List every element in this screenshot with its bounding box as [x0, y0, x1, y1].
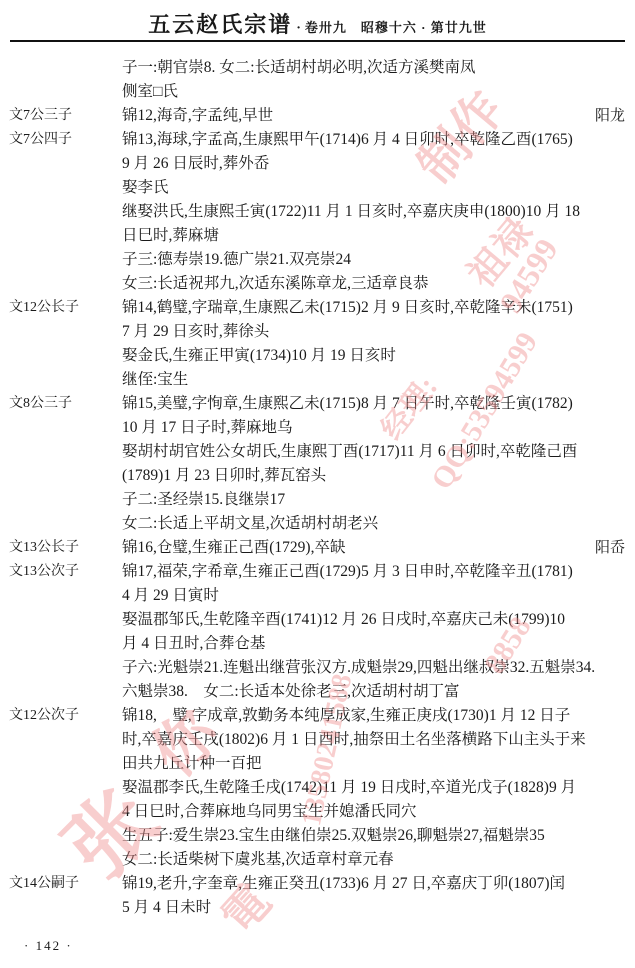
- entry-text: 锦13,海球,字孟高,生康熙甲午(1714)6 月 4 日卯时,卒乾隆乙酉(17…: [122, 128, 583, 176]
- entry-text: 子三:德寿崇19.德广崇21.双亮崇24: [122, 248, 583, 272]
- entry-line: 继娶洪氏,生康熙壬寅(1722)11 月 1 日亥时,卒嘉庆庚申(1800)10…: [122, 200, 583, 224]
- entry-row: 女二:长适上平胡文星,次适胡村胡老兴: [0, 512, 635, 536]
- entry-text: 女二:长适上平胡文星,次适胡村胡老兴: [122, 512, 583, 536]
- entry-line: 娶李氏: [122, 176, 583, 200]
- entry-text: 锦12,海奇,字孟纯,早世: [122, 104, 583, 128]
- entry-row: 侧室□氏: [0, 80, 635, 104]
- entry-line: 5 月 4 日未时: [122, 896, 583, 920]
- header-rule: [10, 40, 625, 42]
- entry-right-note: 阳龙: [583, 104, 635, 128]
- entry-line: 女三:长适祝邦九,次适东溪陈章龙,三适章良恭: [122, 272, 583, 296]
- entry-line: 9 月 26 日辰时,葬外岙: [122, 152, 583, 176]
- entry-line: 侧室□氏: [122, 80, 583, 104]
- entry-row: 娶温郡邹氏,生乾隆辛酉(1741)12 月 26 日戌时,卒嘉庆己未(1799)…: [0, 608, 635, 656]
- entry-text: 娶温郡邹氏,生乾隆辛酉(1741)12 月 26 日戌时,卒嘉庆己未(1799)…: [122, 608, 583, 656]
- entry-text: 锦18, 璧,字成章,敦勤务本纯厚成家,生雍正庚戌(1730)1 月 12 日子…: [122, 704, 583, 776]
- entry-text: 娶胡村胡官姓公女胡氏,生康熙丁酉(1717)11 月 6 日卯时,卒乾隆己酉(1…: [122, 440, 583, 488]
- entry-line: 娶金氏,生雍正甲寅(1734)10 月 19 日亥时: [122, 344, 583, 368]
- entry-row: 子二:圣经崇15.良继崇17: [0, 488, 635, 512]
- entry-row: 文13公长子锦16,仓璧,生雍正己酉(1729),卒缺阳岙: [0, 536, 635, 560]
- entry-line: 锦14,鹤璧,字瑞章,生康熙乙未(1715)2 月 9 日亥时,卒乾隆辛未(17…: [122, 296, 583, 320]
- entry-row: 文13公次子锦17,福荣,字希章,生雍正己酉(1729)5 月 3 日申时,卒乾…: [0, 560, 635, 608]
- entry-line: 生五子:爱生崇23.宝生由继伯崇25.双魁崇26,聊魁崇27,福魁崇35: [122, 824, 583, 848]
- entry-row: 文14公嗣子锦19,老升,字奎章,生雍正癸丑(1733)6 月 27 日,卒嘉庆…: [0, 872, 635, 920]
- entry-text: 娶温郡李氏,生乾隆壬戌(1742)11 月 19 日戌时,卒道光戊子(1828)…: [122, 776, 583, 824]
- entry-text: 侧室□氏: [122, 80, 583, 104]
- entry-line: 日巳时,葬麻塘: [122, 224, 583, 248]
- entry-generation-label: 文12公长子: [0, 296, 122, 320]
- entry-line: 4 日巳时,合葬麻地乌同男宝生并媳潘氏同穴: [122, 800, 583, 824]
- entry-generation-label: 文13公长子: [0, 536, 122, 560]
- entry-text: 继娶洪氏,生康熙壬寅(1722)11 月 1 日亥时,卒嘉庆庚申(1800)10…: [122, 200, 583, 248]
- entry-generation-label: 文13公次子: [0, 560, 122, 584]
- entry-row: 娶金氏,生雍正甲寅(1734)10 月 19 日亥时: [0, 344, 635, 368]
- entry-line: (1789)1 月 23 日卯时,葬瓦窑头: [122, 464, 583, 488]
- entry-row: 子一:朝官崇8. 女二:长适胡村胡必明,次适方溪樊南凤: [0, 56, 635, 80]
- entry-line: 子一:朝官崇8. 女二:长适胡村胡必明,次适方溪樊南凤: [122, 56, 583, 80]
- entry-line: 锦19,老升,字奎章,生雍正癸丑(1733)6 月 27 日,卒嘉庆丁卯(180…: [122, 872, 583, 896]
- entry-row: 娶胡村胡官姓公女胡氏,生康熙丁酉(1717)11 月 6 日卯时,卒乾隆己酉(1…: [0, 440, 635, 488]
- genealogy-rows: 子一:朝官崇8. 女二:长适胡村胡必明,次适方溪樊南凤侧室□氏文7公三子锦12,…: [0, 56, 635, 920]
- entry-row: 娶温郡李氏,生乾隆壬戌(1742)11 月 19 日戌时,卒道光戊子(1828)…: [0, 776, 635, 824]
- entry-text: 锦19,老升,字奎章,生雍正癸丑(1733)6 月 27 日,卒嘉庆丁卯(180…: [122, 872, 583, 920]
- entry-line: 田共九丘计种一百把: [122, 752, 583, 776]
- page-number: · 142 ·: [24, 938, 73, 954]
- entry-text: 子一:朝官崇8. 女二:长适胡村胡必明,次适方溪樊南凤: [122, 56, 583, 80]
- entry-text: 锦15,美璧,字恂章,生康熙乙未(1715)8 月 7 日午时,卒乾隆壬寅(17…: [122, 392, 583, 440]
- entry-row: 子六:光魁崇21.连魁出继营张汉方.成魁崇29,四魁出继叔崇32.五魁崇34.六…: [0, 656, 635, 704]
- entry-row: 继娶洪氏,生康熙壬寅(1722)11 月 1 日亥时,卒嘉庆庚申(1800)10…: [0, 200, 635, 248]
- entry-text: 娶李氏: [122, 176, 583, 200]
- entry-row: 生五子:爱生崇23.宝生由继伯崇25.双魁崇26,聊魁崇27,福魁崇35: [0, 824, 635, 848]
- entry-line: 锦18, 璧,字成章,敦勤务本纯厚成家,生雍正庚戌(1730)1 月 12 日子: [122, 704, 583, 728]
- entry-text: 继侄:宝生: [122, 368, 583, 392]
- entry-line: 女二:长适柴树下虞兆基,次适章村章元春: [122, 848, 583, 872]
- entry-line: 时,卒嘉庆壬戌(1802)6 月 1 日酉时,抽祭田土名坐落横路下山主头于来: [122, 728, 583, 752]
- entry-text: 娶金氏,生雍正甲寅(1734)10 月 19 日亥时: [122, 344, 583, 368]
- entry-row: 文7公四子锦13,海球,字孟高,生康熙甲午(1714)6 月 4 日卯时,卒乾隆…: [0, 128, 635, 176]
- entry-text: 锦14,鹤璧,字瑞章,生康熙乙未(1715)2 月 9 日亥时,卒乾隆辛未(17…: [122, 296, 583, 344]
- entry-line: 锦13,海球,字孟高,生康熙甲午(1714)6 月 4 日卯时,卒乾隆乙酉(17…: [122, 128, 583, 152]
- entry-line: 娶温郡李氏,生乾隆壬戌(1742)11 月 19 日戌时,卒道光戊子(1828)…: [122, 776, 583, 800]
- book-title: 五云赵氏宗谱: [148, 12, 292, 37]
- entry-line: 锦16,仓璧,生雍正己酉(1729),卒缺: [122, 536, 583, 560]
- entry-line: 锦12,海奇,字孟纯,早世: [122, 104, 583, 128]
- entry-line: 锦17,福荣,字希章,生雍正己酉(1729)5 月 3 日申时,卒乾隆辛丑(17…: [122, 560, 583, 584]
- entry-text: 生五子:爱生崇23.宝生由继伯崇25.双魁崇26,聊魁崇27,福魁崇35: [122, 824, 583, 848]
- entry-text: 子六:光魁崇21.连魁出继营张汉方.成魁崇29,四魁出继叔崇32.五魁崇34.六…: [122, 656, 583, 704]
- entry-generation-label: 文14公嗣子: [0, 872, 122, 896]
- entry-line: 继侄:宝生: [122, 368, 583, 392]
- entry-line: 子六:光魁崇21.连魁出继营张汉方.成魁崇29,四魁出继叔崇32.五魁崇34.: [122, 656, 583, 680]
- entry-row: 娶李氏: [0, 176, 635, 200]
- entry-text: 锦16,仓璧,生雍正己酉(1729),卒缺: [122, 536, 583, 560]
- entry-row: 子三:德寿崇19.德广崇21.双亮崇24: [0, 248, 635, 272]
- entry-generation-label: 文12公次子: [0, 704, 122, 728]
- entry-row: 文7公三子锦12,海奇,字孟纯,早世阳龙: [0, 104, 635, 128]
- entry-line: 六魁崇38. 女二:长适本处徐老三,次适胡村胡丁富: [122, 680, 583, 704]
- entry-generation-label: 文7公三子: [0, 104, 122, 128]
- genealogy-page: 五云赵氏宗谱·卷卅九 昭穆十六 · 第廿九世 子一:朝官崇8. 女二:长适胡村胡…: [0, 0, 635, 968]
- entry-row: 女三:长适祝邦九,次适东溪陈章龙,三适章良恭: [0, 272, 635, 296]
- entry-text: 女二:长适柴树下虞兆基,次适章村章元春: [122, 848, 583, 872]
- entry-row: 文8公三子锦15,美璧,字恂章,生康熙乙未(1715)8 月 7 日午时,卒乾隆…: [0, 392, 635, 440]
- entry-line: 娶胡村胡官姓公女胡氏,生康熙丁酉(1717)11 月 6 日卯时,卒乾隆己酉: [122, 440, 583, 464]
- entry-text: 女三:长适祝邦九,次适东溪陈章龙,三适章良恭: [122, 272, 583, 296]
- entry-right-note: 阳岙: [583, 536, 635, 560]
- entry-text: 锦17,福荣,字希章,生雍正己酉(1729)5 月 3 日申时,卒乾隆辛丑(17…: [122, 560, 583, 608]
- entry-line: 锦15,美璧,字恂章,生康熙乙未(1715)8 月 7 日午时,卒乾隆壬寅(17…: [122, 392, 583, 416]
- entry-line: 子三:德寿崇19.德广崇21.双亮崇24: [122, 248, 583, 272]
- title-separator: ·: [292, 21, 305, 36]
- entry-line: 4 月 29 日寅时: [122, 584, 583, 608]
- entry-row: 文12公长子锦14,鹤璧,字瑞章,生康熙乙未(1715)2 月 9 日亥时,卒乾…: [0, 296, 635, 344]
- entry-generation-label: 文8公三子: [0, 392, 122, 416]
- volume-subtitle: 卷卅九 昭穆十六 · 第廿九世: [305, 20, 487, 35]
- entry-text: 子二:圣经崇15.良继崇17: [122, 488, 583, 512]
- entry-line: 子二:圣经崇15.良继崇17: [122, 488, 583, 512]
- entry-line: 10 月 17 日子时,葬麻地乌: [122, 416, 583, 440]
- page-header: 五云赵氏宗谱·卷卅九 昭穆十六 · 第廿九世: [0, 8, 635, 39]
- entry-line: 娶温郡邹氏,生乾隆辛酉(1741)12 月 26 日戌时,卒嘉庆己未(1799)…: [122, 608, 583, 632]
- entry-generation-label: 文7公四子: [0, 128, 122, 152]
- entry-line: 女二:长适上平胡文星,次适胡村胡老兴: [122, 512, 583, 536]
- entry-line: 7 月 29 日亥时,葬徐头: [122, 320, 583, 344]
- entry-row: 文12公次子锦18, 璧,字成章,敦勤务本纯厚成家,生雍正庚戌(1730)1 月…: [0, 704, 635, 776]
- entry-line: 月 4 日丑时,合葬仓基: [122, 632, 583, 656]
- entry-row: 继侄:宝生: [0, 368, 635, 392]
- entry-row: 女二:长适柴树下虞兆基,次适章村章元春: [0, 848, 635, 872]
